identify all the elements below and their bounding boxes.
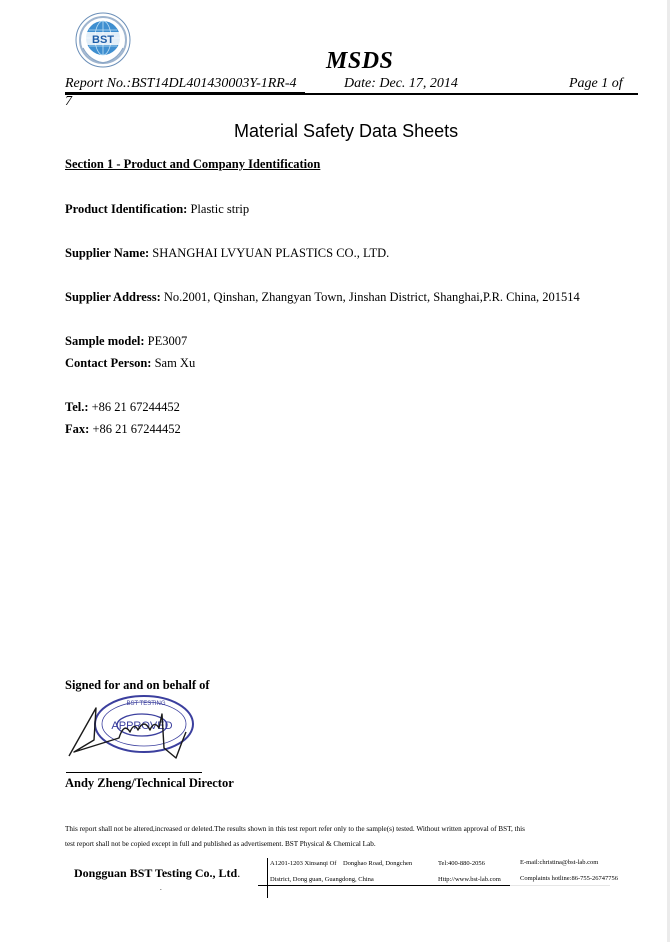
field-fax: Fax: +86 21 67244452 [65,422,181,437]
field-label: Fax: [65,422,89,436]
footer-vertical-rule [267,858,268,898]
field-value: No.2001, Qinshan, Zhangyan Town, Jinshan… [164,290,580,304]
company-name-text: Dongguan BST Testing Co., Ltd [74,866,237,880]
svg-text:BST TESTING: BST TESTING [126,701,165,707]
footer-hotline: Complaints hotline:86-755-26747756 [520,875,618,882]
field-value: PE3007 [148,334,188,348]
field-label: Product Identification: [65,202,187,216]
footer-tel: Tel:400-880-2056 [438,860,485,867]
field-value: SHANGHAI LVYUAN PLASTICS CO., LTD. [152,246,389,260]
disclaimer-line-1: This report shall not be altered,increas… [65,825,525,833]
address-line-2: District, Dong guan, Guangdong, China [270,876,374,883]
company-name-dot: . [237,866,240,880]
footer-horizontal-rule [258,885,510,886]
stray-dot: . [160,884,162,892]
report-number: Report No.:BST14DL401430003Y-1RR-4 [65,76,297,92]
page-title: Material Safety Data Sheets [234,121,458,142]
svg-text:BST: BST [92,34,114,46]
field-label: Contact Person: [65,356,151,370]
bst-logo-icon: BST [75,12,131,68]
company-name: Dongguan BST Testing Co., Ltd. [74,866,240,881]
footer-horizontal-rule-faint [510,885,610,886]
signer-name: Andy Zheng/Technical Director [65,776,234,791]
field-label: Sample model: [65,334,145,348]
page-indicator: Page 1 of [569,76,623,92]
field-value: +86 21 67244452 [92,422,180,436]
field-contact-person: Contact Person: Sam Xu [65,356,195,371]
field-value: Plastic strip [190,202,249,216]
field-label: Tel.: [65,400,89,414]
signature-line [66,772,202,773]
field-sample-model: Sample model: PE3007 [65,334,187,349]
footer-email: E-mail:christina@bst-lab.com [520,859,598,866]
field-value: Sam Xu [155,356,196,370]
footer-website: Http://www.bst-lab.com [438,876,501,883]
page-total: 7 [65,94,72,110]
field-value: +86 21 67244452 [92,400,180,414]
section-heading: Section 1 - Product and Company Identifi… [65,157,320,172]
report-date: Date: Dec. 17, 2014 [344,76,458,92]
header-rule [65,93,638,95]
field-supplier-name: Supplier Name: SHANGHAI LVYUAN PLASTICS … [65,246,389,261]
address-line-1: A1201-1203 Xinsanqi Of Donghao Road, Don… [270,860,412,867]
field-supplier-address: Supplier Address: No.2001, Qinshan, Zhan… [65,290,580,305]
approved-stamp-and-signature: APPROVED BST TESTING [64,692,199,762]
disclaimer-line-2: test report shall not be copied except i… [65,840,376,848]
signed-label: Signed for and on behalf of [65,678,210,693]
field-label: Supplier Address: [65,290,161,304]
field-label: Supplier Name: [65,246,149,260]
document-type: MSDS [326,48,393,75]
field-product-identification: Product Identification: Plastic strip [65,202,249,217]
field-tel: Tel.: +86 21 67244452 [65,400,180,415]
